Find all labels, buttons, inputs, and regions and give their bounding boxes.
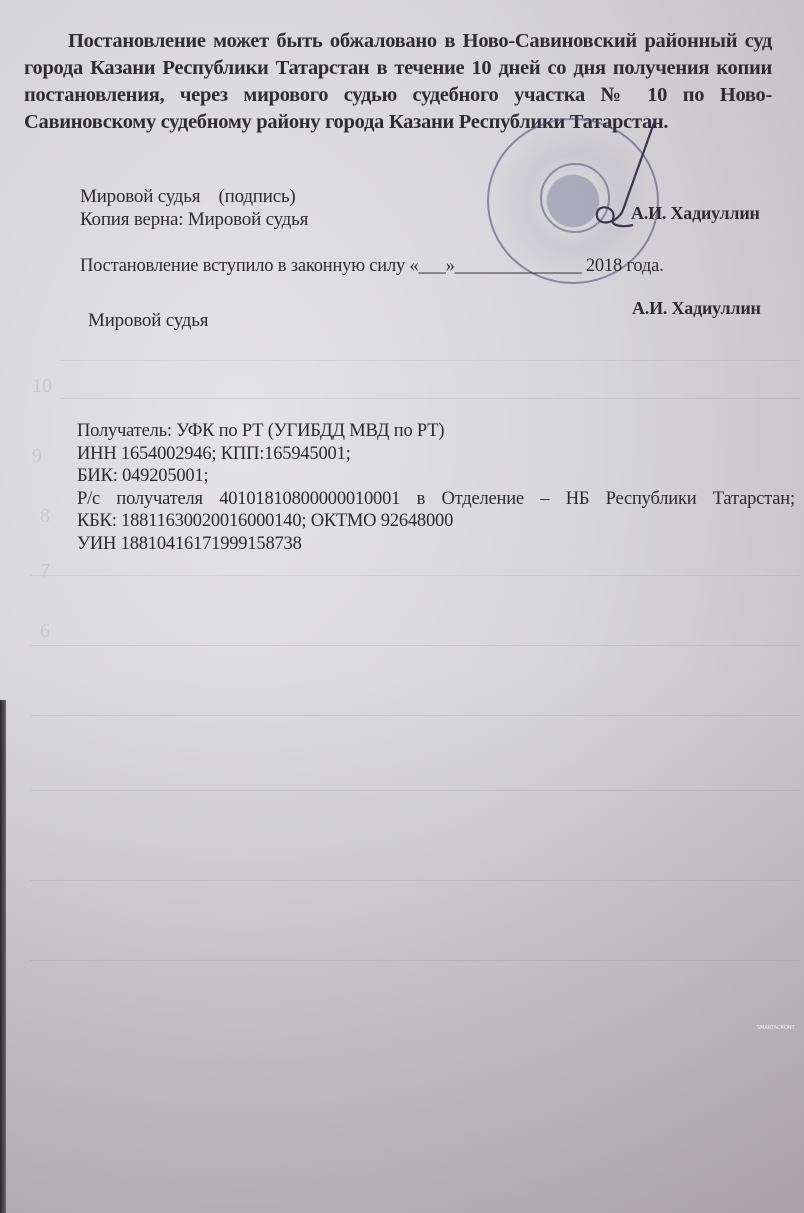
copy-verified-label: Копия верна: Мировой судья — [80, 209, 308, 231]
ghost-line — [30, 575, 800, 576]
ghost-line — [30, 790, 800, 791]
ghost-line — [30, 645, 800, 646]
signature-note: (подпись) — [218, 186, 295, 207]
watermark: SMARTACRONT — [757, 1025, 795, 1031]
effective-date-line: Постановление вступило в законную силу «… — [80, 256, 664, 277]
ghost-number: 9 — [32, 445, 42, 468]
ghost-line — [60, 360, 800, 361]
judge-name-2: А.И. Хадиуллин — [632, 298, 761, 319]
ghost-line — [30, 715, 800, 716]
judge-label-2: Мировой судья — [88, 310, 208, 332]
uin-line: УИН 18810416171999158738 — [77, 533, 795, 556]
ghost-number: 6 — [40, 620, 50, 643]
recipient-line: Получатель: УФК по РТ (УГИБДД МВД по РТ) — [77, 420, 795, 443]
ghost-line — [30, 960, 800, 961]
ghost-number: 10 — [32, 375, 52, 398]
ghost-line — [30, 880, 800, 881]
kbk-oktmo-line: КБК: 18811630020016000140; ОКТМО 9264800… — [77, 510, 795, 533]
inn-kpp-line: ИНН 1654002946; КПП:165945001; — [77, 443, 795, 466]
page-edge-shadow — [0, 700, 6, 1213]
judge-label: Мировой судья (подпись) — [80, 186, 296, 208]
ghost-number: 7 — [40, 560, 50, 583]
ghost-line — [60, 398, 800, 399]
payment-details: Получатель: УФК по РТ (УГИБДД МВД по РТ)… — [77, 420, 795, 555]
account-line: Р/с получателя 40101810800000010001 в От… — [77, 488, 795, 511]
bik-line: БИК: 049205001; — [77, 465, 795, 488]
judge-name: А.И. Хадиуллин — [631, 203, 760, 224]
ghost-number: 8 — [40, 505, 50, 528]
